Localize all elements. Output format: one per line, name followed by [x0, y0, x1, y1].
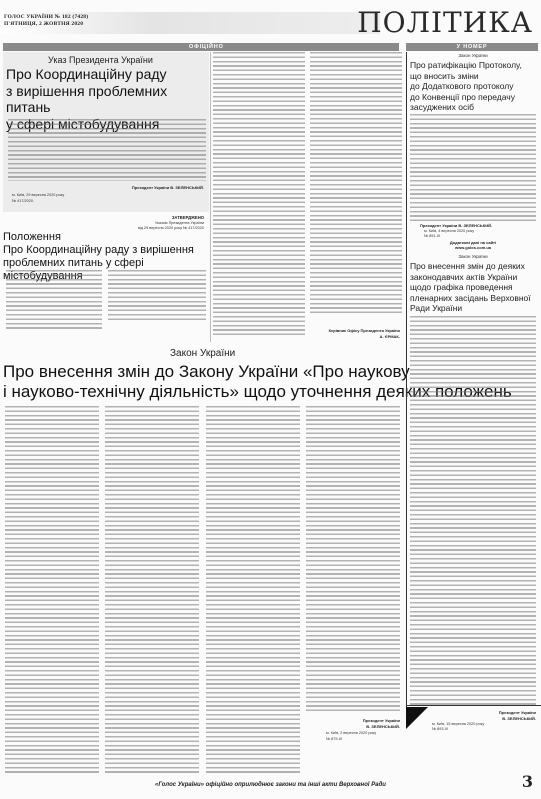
law-place-date: м. Київ, 2 вересня 2020 року — [326, 731, 376, 735]
decree-kicker: Указ Президента України — [48, 55, 153, 65]
approved-line-1: Указом Президента України — [8, 221, 204, 225]
sidebar-item-2-kicker: Закон України — [408, 254, 538, 259]
sidebar-item-1-place-date: м. Київ, 4 вересня 2020 року — [424, 229, 474, 233]
sidebar-item-2-body — [410, 316, 536, 706]
regulation-col-3 — [213, 52, 305, 336]
regulation-col-2 — [108, 270, 206, 322]
sidebar-item-1-headline: Про ратифікацію Протоколу, що вносить зм… — [410, 60, 536, 113]
regulation-kicker: Положення — [3, 231, 61, 244]
regulation-signature-title: Керівник Офісу Президента України — [310, 328, 400, 333]
sidebar-item-2-number: № 893-IX — [432, 727, 448, 731]
footer-tagline: «Голос України» офіційно оприлюднює зако… — [0, 782, 541, 788]
law-kicker: Закон України — [170, 348, 235, 359]
masthead-info: ГОЛОС УКРАЇНИ № 182 (7428) П'ЯТНИЦЯ, 2 Ж… — [4, 14, 88, 28]
newspaper-page: ГОЛОС УКРАЇНИ № 182 (7428) П'ЯТНИЦЯ, 2 Ж… — [0, 0, 541, 799]
law-number: № 879-IX — [326, 737, 342, 741]
approved-line-2: від 29 вересня 2020 року № 417/2020 — [8, 226, 204, 230]
section-bar-official: ОФІЦІЙНО — [3, 43, 399, 51]
regulation-signature-name: А. ЄРМАК. — [310, 334, 400, 339]
sidebar-item-1-signature: Президент України В. ЗЕЛЕНСЬКИЙ. — [410, 223, 536, 228]
decree-signature: Президент України В. ЗЕЛЕНСЬКИЙ. — [8, 185, 204, 190]
section-title: ПОЛІТИКА — [357, 6, 533, 39]
decree-body — [8, 119, 206, 181]
sidebar-item-2-headline: Про внесення змін до деяких законодавчих… — [410, 261, 536, 314]
law-col-1 — [5, 406, 99, 774]
sidebar-item-1-body — [410, 114, 536, 222]
law-signature-title: Президент України — [306, 718, 400, 723]
date-line: П'ЯТНИЦЯ, 2 ЖОВТНЯ 2020 — [4, 21, 88, 28]
sidebar-item-1-kicker: Закон України — [408, 53, 538, 58]
regulation-col-4 — [310, 52, 402, 316]
regulation-col-1 — [6, 270, 102, 330]
sidebar-item-1-extra-2: www.golos.com.ua — [410, 245, 536, 250]
sidebar-item-2-signature-name: В. ЗЕЛЕНСЬКИЙ. — [430, 716, 536, 721]
page-number: 3 — [522, 772, 533, 791]
sidebar-item-1-number: № 891-IX — [424, 234, 440, 238]
law-col-2 — [105, 406, 199, 774]
approved-label: ЗАТВЕРДЖЕНО — [8, 215, 204, 220]
sidebar-item-2-signature-title: Президент України — [430, 710, 536, 715]
column-divider — [210, 52, 211, 342]
decree-number: № 417/2020. — [12, 199, 34, 203]
sidebar-bottom-rule — [406, 705, 541, 706]
page-corner-fold-icon — [406, 707, 428, 729]
issue-line: ГОЛОС УКРАЇНИ № 182 (7428) — [4, 14, 88, 21]
sidebar-item-2-place-date: м. Київ, 15 вересня 2020 року — [432, 722, 484, 726]
decree-place-date: м. Київ, 29 вересня 2020 року — [12, 193, 64, 197]
law-col-3 — [206, 406, 300, 774]
law-signature-name: В. ЗЕЛЕНСЬКИЙ. — [306, 724, 400, 729]
law-col-4 — [306, 406, 400, 712]
section-bar-in-issue: У НОМЕР — [406, 43, 538, 51]
